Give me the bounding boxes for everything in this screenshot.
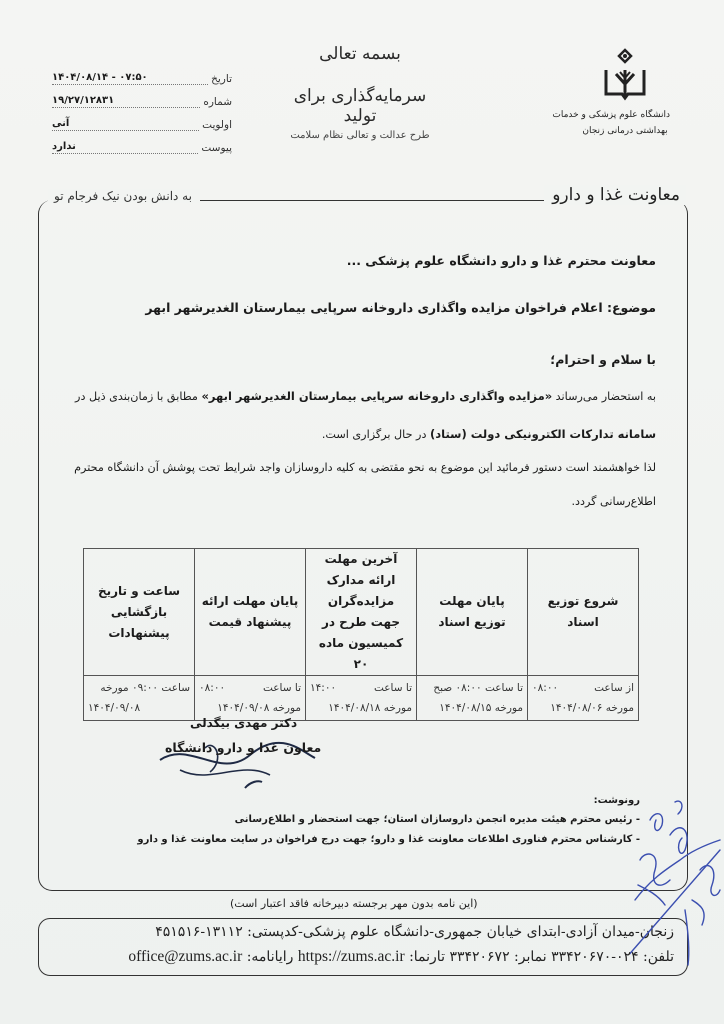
greeting: با سلام و احترام؛	[550, 352, 656, 367]
paragraph-1-line-1: به استحضار می‌رساند «مزایده واگذاری دارو…	[66, 386, 656, 407]
cell-time: ۰۸:۰۰	[532, 678, 558, 698]
meta-priority-label: اولویت	[202, 119, 232, 131]
cell-date: مورخه ۱۴۰۴/۰۸/۱۸	[310, 698, 412, 718]
handwritten-annotation-icon	[630, 790, 724, 970]
meta-number: شماره ۱۹/۲۷/۱۲۸۳۱	[52, 85, 232, 108]
letter-meta: تاریخ ۱۴۰۴/۰۸/۱۴ - ۰۷:۵۰ شماره ۱۹/۲۷/۱۲۸…	[52, 62, 232, 154]
p1-auction-title: «مزایده واگذاری داروخانه سرپایی بیمارستا…	[201, 389, 552, 403]
table-header-row: شروع توزیع اسناد پایان مهلت توزیع اسناد …	[84, 549, 639, 676]
meta-date-value: ۱۴۰۴/۰۸/۱۴ - ۰۷:۵۰	[52, 72, 208, 85]
paragraph-2-line-1: لذا خواهشمند است دستور فرمائید این موضوع…	[66, 458, 656, 478]
cell-distribution-start: از ساعت۰۸:۰۰ مورخه ۱۴۰۴/۰۸/۰۶	[528, 676, 639, 721]
website-label: تارنما:	[409, 949, 445, 965]
cell-price-offer-deadline: تا ساعت۰۸:۰۰ مورخه ۱۴۰۴/۰۹/۰۸	[195, 676, 306, 721]
year-slogan: سرمایه‌گذاری برای تولید	[280, 86, 440, 126]
meta-attachment: پیوست ندارد	[52, 131, 232, 154]
footer-contacts: تلفن: ۰۲۴-۳۳۴۲۰۶۷۰ نمابر: ۳۳۴۲۰۶۷۲ تارنم…	[128, 948, 674, 966]
center-header: بسمه تعالی سرمایه‌گذاری برای تولید طرح ع…	[280, 45, 440, 141]
p1-tail: مطابق با زمان‌بندی ذیل در	[75, 390, 201, 403]
cell-time-label: از ساعت	[594, 678, 634, 698]
university-logo-block: دانشگاه علوم پزشکی و خدمات بهداشتی درمان…	[580, 48, 670, 136]
bismillah: بسمه تعالی	[280, 45, 440, 64]
meta-date-label: تاریخ	[211, 73, 232, 85]
cell-opening-datetime: ساعت ۰۹:۰۰ مورخه ۱۴۰۴/۰۹/۰۸	[84, 676, 195, 721]
cell-date: مورخه ۱۴۰۴/۰۹/۰۸	[199, 698, 301, 718]
meta-number-value: ۱۹/۲۷/۱۲۸۳۱	[52, 95, 200, 108]
copy-recipient: - کارشناس محترم فناوری اطلاعات معاونت غذ…	[137, 834, 640, 845]
paragraph-2-line-2: اطلاع‌رسانی گردد.	[66, 492, 656, 512]
meta-priority: اولویت آنی	[52, 108, 232, 131]
subject-text: اعلام فراخوان مزایده واگذاری داروخانه سر…	[145, 300, 607, 315]
cell-time-label: تا ساعت	[263, 678, 301, 698]
schedule-table: شروع توزیع اسناد پایان مهلت توزیع اسناد …	[83, 548, 639, 721]
slogan-subtitle: طرح عدالت و تعالی نظام سلامت	[280, 130, 440, 141]
phone-number: ۰۲۴-۳۳۴۲۰۶۷۰	[551, 949, 638, 965]
cell-time: ۰۸:۰۰	[199, 678, 225, 698]
meta-date: تاریخ ۱۴۰۴/۰۸/۱۴ - ۰۷:۵۰	[52, 62, 232, 85]
stamp-validity-note: (این نامه بدون مهر برجسته دبیرخانه فاقد …	[230, 897, 478, 910]
col-opening-datetime: ساعت و تاریخ بازگشایی پیشنهادات	[84, 549, 195, 676]
addressee: معاونت محترم غذا و دارو دانشگاه علوم پزش…	[347, 253, 656, 268]
p1-status: در حال برگزاری است.	[322, 428, 430, 441]
frame-motto: به دانش بودن نیک فرجام تو	[48, 189, 200, 203]
cell-distribution-end: تا ساعت ۰۸:۰۰ صبح مورخه ۱۴۰۴/۰۸/۱۵	[417, 676, 528, 721]
frame-title-department: معاونت غذا و دارو	[544, 185, 686, 205]
meta-attachment-label: پیوست	[201, 142, 232, 154]
cell-date: مورخه ۱۴۰۴/۰۸/۱۵	[421, 698, 523, 718]
fax-number: ۳۳۴۲۰۶۷۲	[449, 949, 509, 965]
cell-time-label: تا ساعت ۰۸:۰۰ صبح	[433, 678, 523, 698]
letter-page: تاریخ ۱۴۰۴/۰۸/۱۴ - ۰۷:۵۰ شماره ۱۹/۲۷/۱۲۸…	[0, 0, 724, 1024]
signatory-name: دکتر مهدی بیگدلی	[190, 716, 297, 730]
email-link[interactable]: office@zums.ac.ir	[128, 948, 242, 965]
signatory-title: معاون غذا و دارو دانشگاه	[165, 740, 321, 755]
col-distribution-start: شروع توزیع اسناد	[528, 549, 639, 676]
cell-documents-deadline: تا ساعت۱۴:۰۰ مورخه ۱۴۰۴/۰۸/۱۸	[306, 676, 417, 721]
cell-date: مورخه ۱۴۰۴/۰۸/۰۶	[532, 698, 634, 718]
university-logo-icon	[602, 48, 648, 104]
cell-time-label: تا ساعت	[374, 678, 412, 698]
cell-time: ۱۴:۰۰	[310, 678, 336, 698]
meta-attachment-value: ندارد	[52, 141, 198, 154]
col-price-offer-deadline: پایان مهلت ارائه پیشنهاد قیمت	[195, 549, 306, 676]
email-label: رایانامه:	[247, 949, 294, 965]
meta-number-label: شماره	[203, 96, 232, 108]
university-name: دانشگاه علوم پزشکی و خدمات	[580, 110, 670, 120]
copy-recipient: - رئیس محترم هیئت مدیره انجمن داروسازان …	[235, 814, 640, 825]
website-link[interactable]: https://zums.ac.ir	[298, 948, 405, 965]
subject-line: موضوع: اعلام فراخوان مزایده واگذاری دارو…	[145, 300, 656, 315]
footer-address: زنجان-میدان آزادی-ابتدای خیابان جمهوری-د…	[155, 924, 674, 940]
signature-scribble-icon	[150, 730, 320, 790]
fax-label: نمابر:	[514, 949, 547, 965]
p1-intro: به استحضار می‌رساند	[552, 390, 656, 403]
col-documents-deadline: آخرین مهلت ارائه مدارک مزایده‌گران جهت ط…	[306, 549, 417, 676]
table-row: از ساعت۰۸:۰۰ مورخه ۱۴۰۴/۰۸/۰۶ تا ساعت ۰۸…	[84, 676, 639, 721]
meta-priority-value: آنی	[52, 118, 199, 131]
cell-time-label: ساعت ۰۹:۰۰ مورخه	[100, 678, 190, 698]
col-distribution-end: پایان مهلت توزیع اسناد	[417, 549, 528, 676]
paragraph-1-line-2: سامانه تدارکات الکترونیکی دولت (ستاد) در…	[66, 424, 656, 445]
cell-date: ۱۴۰۴/۰۹/۰۸	[88, 698, 190, 718]
p1-system-name: سامانه تدارکات الکترونیکی دولت (ستاد)	[430, 427, 656, 441]
subject-label: موضوع:	[607, 300, 656, 315]
university-subtitle: بهداشتی درمانی زنجان	[580, 126, 670, 136]
